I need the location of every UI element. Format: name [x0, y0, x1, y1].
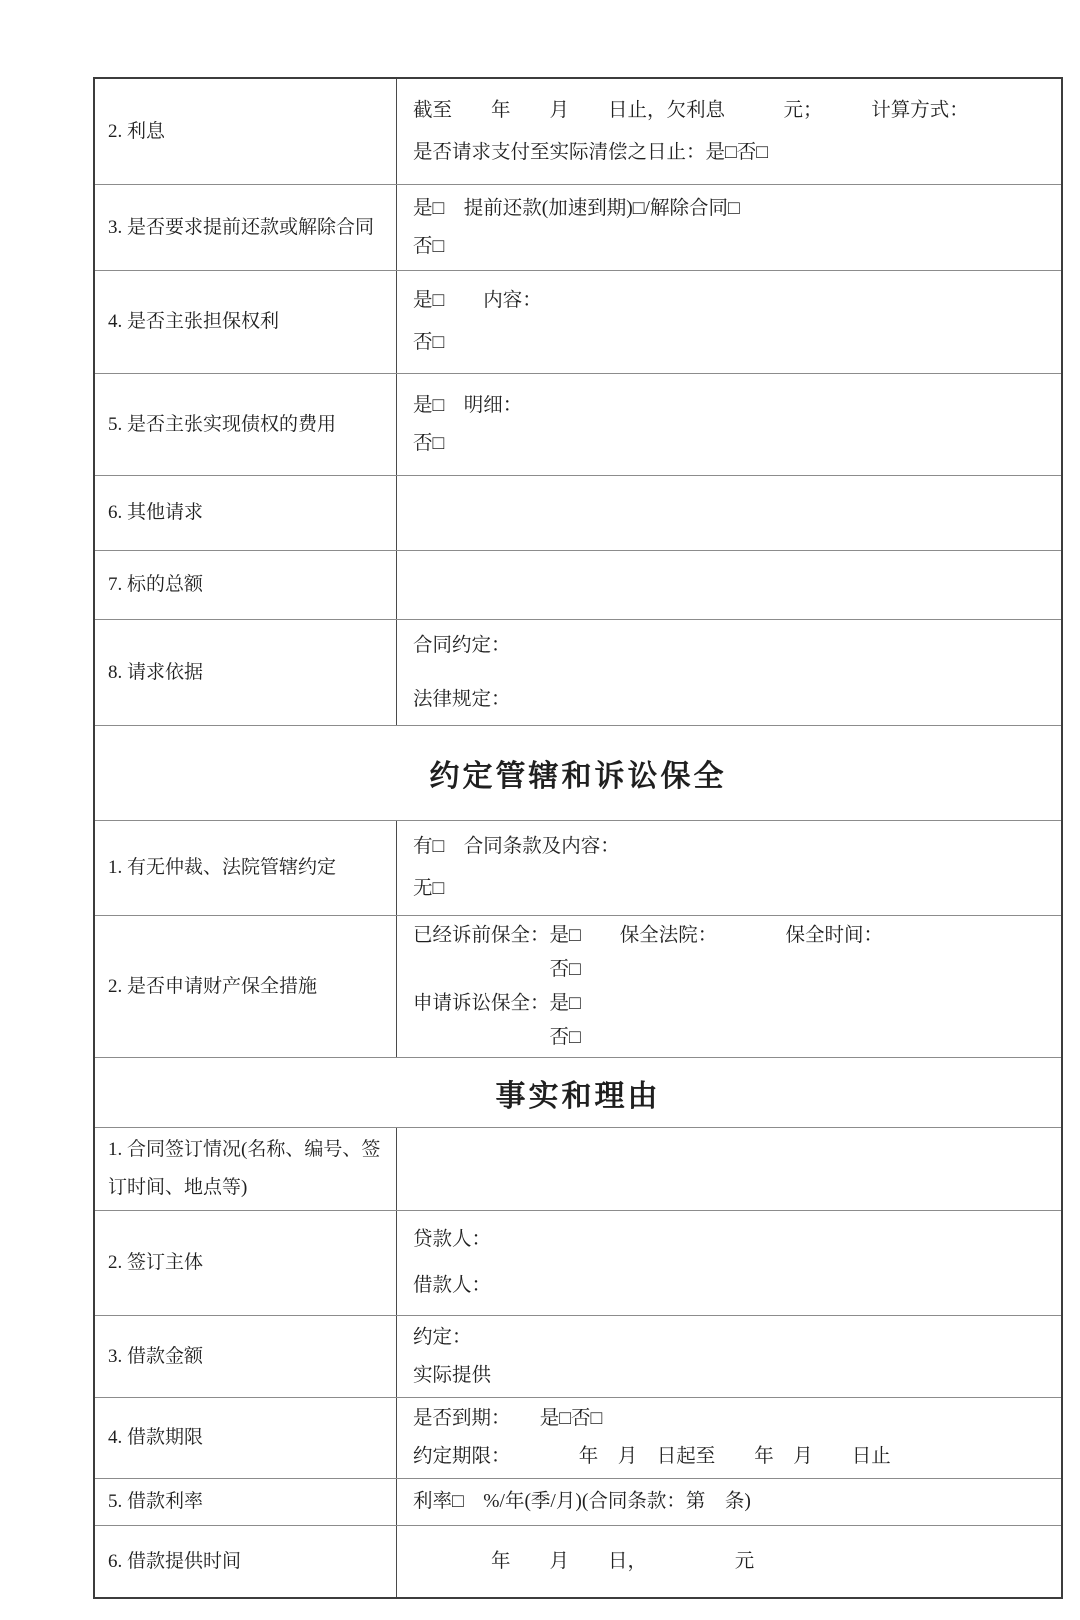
section-header-row-jurisdiction: 约定管辖和诉讼保全	[95, 725, 1061, 820]
section-header: 事实和理由	[95, 1058, 1061, 1127]
row-label: 3. 借款金额	[95, 1316, 397, 1397]
row-label: 1. 合同签订情况(名称、编号、签订时间、地点等)	[95, 1128, 397, 1210]
row-content: 是□ 明细： 否□	[397, 374, 1061, 475]
row-content: 贷款人： 借款人：	[397, 1211, 1061, 1315]
form-line: 截至 年 月 日止，欠利息 元； 计算方式：	[413, 90, 1045, 132]
section-header-row-facts: 事实和理由	[95, 1057, 1061, 1127]
table-row-total-amount: 7. 标的总额	[95, 550, 1061, 619]
form-line: 利率□ %/年(季/月)(合同条款：第 条)	[413, 1485, 1045, 1519]
form-line: 有□ 合同条款及内容：	[413, 826, 1045, 868]
row-content: 约定： 实际提供	[397, 1316, 1061, 1397]
row-label: 4. 借款期限	[95, 1398, 397, 1478]
form-line: 是□ 明细：	[413, 387, 1045, 425]
form-line: 年 月 日， 元	[413, 1541, 1045, 1583]
row-label: 4. 是否主张担保权利	[95, 271, 397, 373]
form-line: 否□	[413, 322, 1045, 364]
row-content: 年 月 日， 元	[397, 1526, 1061, 1597]
table-row-guarantee-rights: 4. 是否主张担保权利 是□ 内容： 否□	[95, 270, 1061, 373]
row-content	[397, 551, 1061, 619]
row-label: 3. 是否要求提前还款或解除合同	[95, 185, 397, 270]
table-row-loan-amount: 3. 借款金额 约定： 实际提供	[95, 1315, 1061, 1397]
table-row-property-preservation: 2. 是否申请财产保全措施 已经诉前保全：是□ 保全法院： 保全时间： 否□ 申…	[95, 915, 1061, 1057]
form-line: 否□	[413, 953, 1045, 987]
row-content: 有□ 合同条款及内容： 无□	[397, 821, 1061, 915]
form-line: 否□	[413, 425, 1045, 463]
table-row-signing-parties: 2. 签订主体 贷款人： 借款人：	[95, 1210, 1061, 1315]
table-row-loan-term: 4. 借款期限 是否到期： 是□否□ 约定期限： 年 月 日起至 年 月 日止	[95, 1397, 1061, 1478]
legal-form-table: 2. 利息 截至 年 月 日止，欠利息 元； 计算方式： 是否请求支付至实际清偿…	[93, 77, 1063, 1599]
table-row-early-repayment: 3. 是否要求提前还款或解除合同 是□ 提前还款(加速到期)□/解除合同□ 否□	[95, 184, 1061, 270]
form-line: 是□ 内容：	[413, 280, 1045, 322]
table-row-debt-realization-costs: 5. 是否主张实现债权的费用 是□ 明细： 否□	[95, 373, 1061, 475]
row-label: 7. 标的总额	[95, 551, 397, 619]
row-content: 利率□ %/年(季/月)(合同条款：第 条)	[397, 1479, 1061, 1525]
form-line: 是否到期： 是□否□	[413, 1400, 1045, 1438]
row-label: 2. 利息	[95, 79, 397, 184]
form-line: 是否请求支付至实际清偿之日止：是□否□	[413, 132, 1045, 174]
document-page: 2. 利息 截至 年 月 日止，欠利息 元； 计算方式： 是否请求支付至实际清偿…	[0, 0, 1080, 1620]
form-line: 实际提供	[413, 1357, 1045, 1395]
row-label: 5. 是否主张实现债权的费用	[95, 374, 397, 475]
row-content	[397, 476, 1061, 550]
form-line: 合同约定：	[413, 619, 1045, 673]
row-content: 是□ 内容： 否□	[397, 271, 1061, 373]
row-content: 已经诉前保全：是□ 保全法院： 保全时间： 否□ 申请诉讼保全：是□ 否□	[397, 916, 1061, 1057]
table-row-interest: 2. 利息 截至 年 月 日止，欠利息 元； 计算方式： 是否请求支付至实际清偿…	[95, 79, 1061, 184]
row-label: 6. 借款提供时间	[95, 1526, 397, 1597]
table-row-arbitration-agreement: 1. 有无仲裁、法院管辖约定 有□ 合同条款及内容： 无□	[95, 820, 1061, 915]
table-row-other-claims: 6. 其他请求	[95, 475, 1061, 550]
row-label: 2. 是否申请财产保全措施	[95, 916, 397, 1057]
table-row-loan-provision-time: 6. 借款提供时间 年 月 日， 元	[95, 1525, 1061, 1597]
row-label: 1. 有无仲裁、法院管辖约定	[95, 821, 397, 915]
row-label: 5. 借款利率	[95, 1479, 397, 1525]
row-content: 合同约定： 法律规定：	[397, 620, 1061, 725]
form-line: 法律规定：	[413, 673, 1045, 727]
table-row-contract-signing: 1. 合同签订情况(名称、编号、签订时间、地点等)	[95, 1127, 1061, 1210]
form-line: 否□	[413, 1021, 1045, 1055]
row-content: 是□ 提前还款(加速到期)□/解除合同□ 否□	[397, 185, 1061, 270]
section-header: 约定管辖和诉讼保全	[95, 726, 1061, 820]
form-line: 借款人：	[413, 1263, 1045, 1309]
form-line: 贷款人：	[413, 1217, 1045, 1263]
row-content	[397, 1128, 1061, 1210]
form-line: 申请诉讼保全：是□	[413, 987, 1045, 1021]
row-label: 8. 请求依据	[95, 620, 397, 725]
form-line: 约定：	[413, 1319, 1045, 1357]
row-content: 是否到期： 是□否□ 约定期限： 年 月 日起至 年 月 日止	[397, 1398, 1061, 1478]
form-line: 已经诉前保全：是□ 保全法院： 保全时间：	[413, 919, 1045, 953]
row-label: 2. 签订主体	[95, 1211, 397, 1315]
form-line: 无□	[413, 868, 1045, 910]
row-label: 6. 其他请求	[95, 476, 397, 550]
form-line: 是□ 提前还款(加速到期)□/解除合同□	[413, 190, 1045, 228]
row-content: 截至 年 月 日止，欠利息 元； 计算方式： 是否请求支付至实际清偿之日止：是□…	[397, 79, 1061, 184]
table-row-loan-interest-rate: 5. 借款利率 利率□ %/年(季/月)(合同条款：第 条)	[95, 1478, 1061, 1525]
form-line: 约定期限： 年 月 日起至 年 月 日止	[413, 1438, 1045, 1476]
table-row-claim-basis: 8. 请求依据 合同约定： 法律规定：	[95, 619, 1061, 725]
form-line: 否□	[413, 228, 1045, 266]
